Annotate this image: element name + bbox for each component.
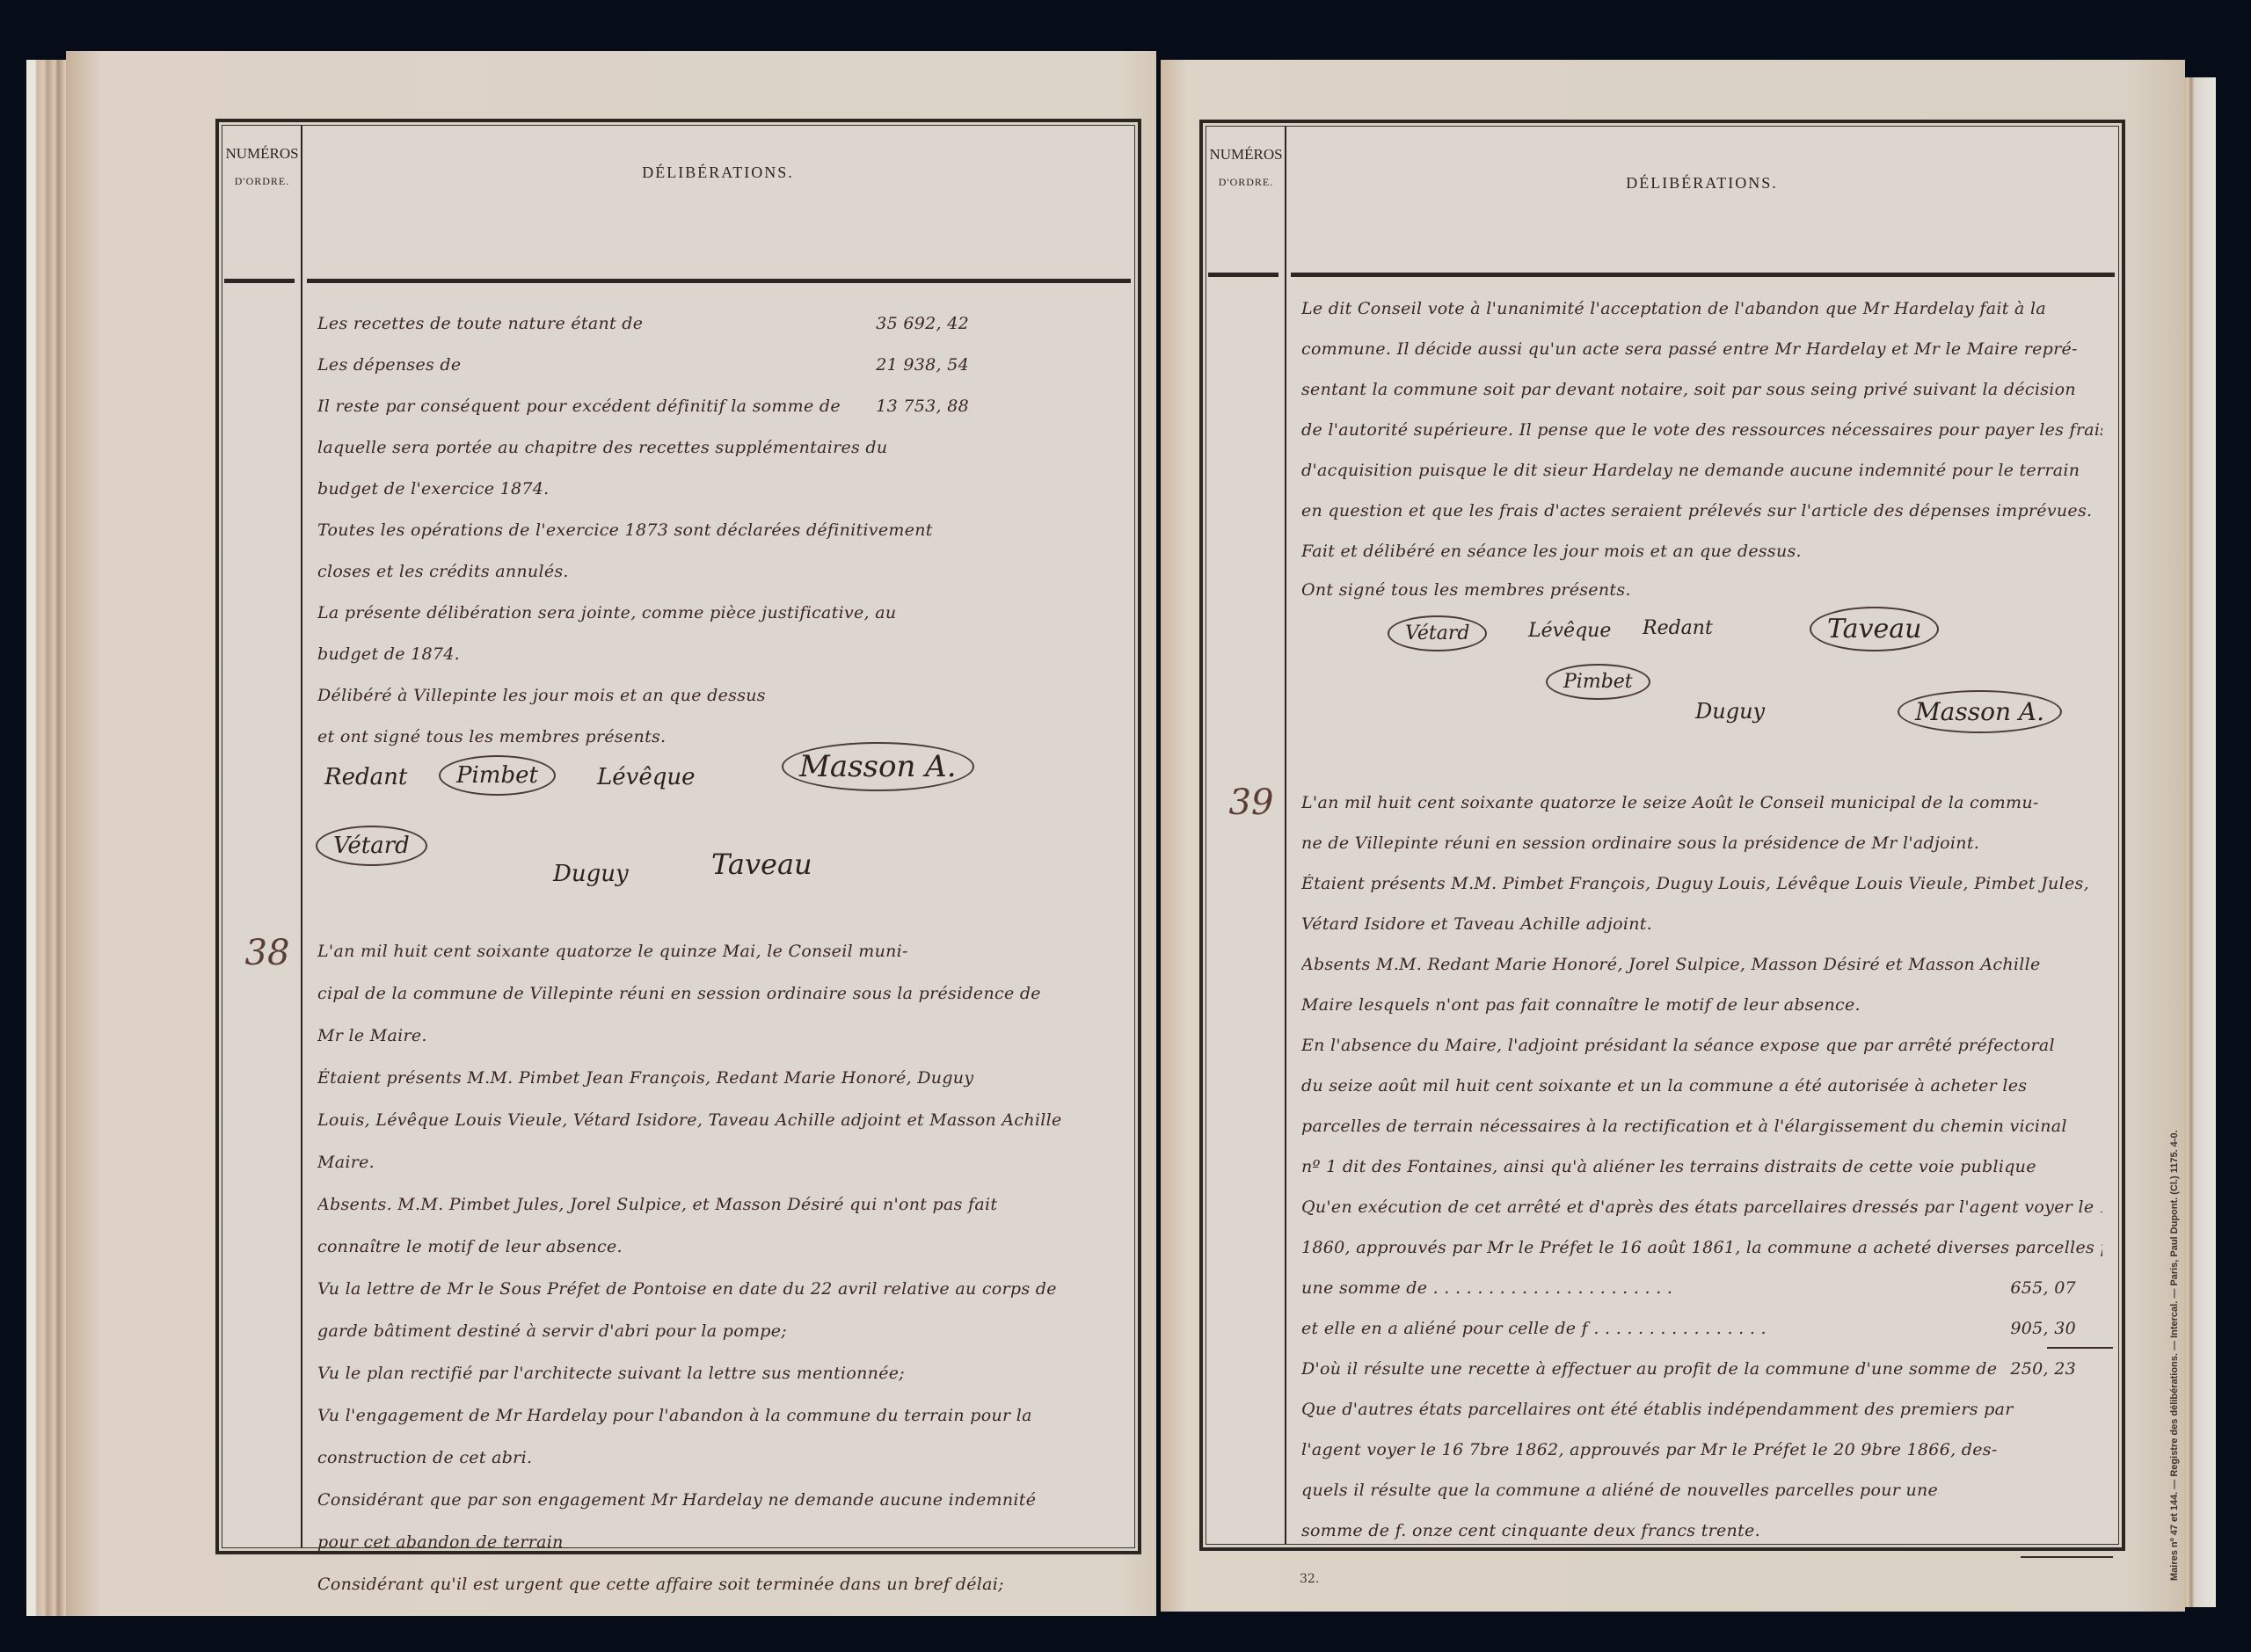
text-line: Maire lesquels n'ont pas fait connaître … [1301, 995, 2102, 1015]
signature: Duguy [1695, 699, 1765, 724]
signature: Lévêque [597, 764, 696, 790]
text-line: Fait et délibéré en séance les jour mois… [1301, 542, 2102, 561]
text-line: budget de l'exercice 1874. [317, 479, 1118, 499]
signature: Taveau [1810, 607, 1939, 651]
sum-amount: 250, 23 [2010, 1359, 2076, 1379]
signature: Masson A. [782, 742, 974, 791]
signature: Pimbet [439, 755, 556, 796]
account-line: Les recettes de toute nature étant de35 … [317, 314, 1118, 333]
text-line: budget de 1874. [317, 644, 1118, 664]
column-separator [301, 126, 302, 1547]
folio-number: 32. [1300, 1572, 1319, 1586]
register-frame-left: NUMÉROS D'ORDRE. DÉLIBÉRATIONS. Les rece… [215, 119, 1141, 1554]
text-line: Ont signé tous les membres présents. [1301, 580, 2102, 600]
text-line: sentant la commune soit par devant notai… [1301, 380, 2102, 399]
register-frame-right: NUMÉROS D'ORDRE. DÉLIBÉRATIONS. Le dit C… [1199, 120, 2125, 1551]
text-line: quels il résulte que la commune a aliéné… [1301, 1481, 2102, 1500]
text-line: Que d'autres états parcellaires ont été … [1301, 1400, 2102, 1419]
text-line: garde bâtiment destiné à servir d'abri p… [317, 1321, 1118, 1341]
text-line: Étaient présents M.M. Pimbet François, D… [1301, 874, 2102, 893]
text-line: Absents. M.M. Pimbet Jules, Jorel Sulpic… [317, 1195, 1118, 1214]
text-line: Considérant qu'il est urgent que cette a… [317, 1575, 1118, 1594]
printer-imprint: Maires nº 47 et 144. — Registre des déli… [2153, 948, 2173, 1581]
sum-amount: 905, 30 [2010, 1319, 2076, 1338]
text-line: Vu la lettre de Mr le Sous Préfet de Pon… [317, 1279, 1118, 1299]
sum-amount: 655, 07 [2010, 1278, 2076, 1298]
text-line: pour cet abandon de terrain [317, 1532, 1118, 1552]
text-line: Le dit Conseil vote à l'unanimité l'acce… [1301, 299, 2102, 318]
header-rule [1291, 273, 2115, 277]
text-line: La présente délibération sera jointe, co… [317, 603, 1118, 622]
header-rule [307, 279, 1131, 283]
text-line: Vu le plan rectifié par l'architecte sui… [317, 1364, 1118, 1383]
right-page-body: Le dit Conseil vote à l'unanimité l'acce… [1291, 290, 2113, 1547]
text-line: construction de cet abri. [317, 1448, 1118, 1467]
text-line: et ont signé tous les membres présents. [317, 727, 1118, 746]
text-line: laquelle sera portée au chapitre des rec… [317, 438, 1118, 457]
account-amount: 21 938, 54 [876, 355, 969, 375]
signature: Lévêque [1528, 620, 1611, 642]
text-line: En l'absence du Maire, l'adjoint présida… [1301, 1036, 2102, 1055]
signature: Masson A. [1898, 690, 2062, 733]
text-line: somme de f. onze cent cinquante deux fra… [1301, 1521, 2102, 1540]
text-line: parcelles de terrain nécessaires à la re… [1301, 1117, 2102, 1136]
text-line: Mr le Maire. [317, 1026, 1118, 1045]
open-register-book: NUMÉROS D'ORDRE. DÉLIBÉRATIONS. Les rece… [26, 51, 2216, 1625]
text-line: Louis, Lévêque Louis Vieule, Vétard Isid… [317, 1110, 1118, 1130]
numeros-dordre-header: NUMÉROS D'ORDRE. [224, 145, 300, 188]
column-separator [1285, 127, 1286, 1544]
text-line: Maire. [317, 1153, 1118, 1172]
text-line: Vétard Isidore et Taveau Achille adjoint… [1301, 914, 2102, 934]
text-line: Étaient présents M.M. Pimbet Jean Franço… [317, 1068, 1118, 1088]
numeros-label: NUMÉROS [224, 145, 300, 163]
text-line: Absents M.M. Redant Marie Honoré, Jorel … [1301, 955, 2102, 974]
text-line: closes et les crédits annulés. [317, 562, 1118, 581]
text-line: 1860, approuvés par Mr le Préfet le 16 a… [1301, 1238, 2102, 1257]
sum-line: D'où il résulte une recette à effectuer … [1301, 1359, 2102, 1379]
dordre-label: D'ORDRE. [224, 175, 300, 188]
text-line: du seize août mil huit cent soixante et … [1301, 1076, 2102, 1095]
text-line: L'an mil huit cent soixante quatorze le … [317, 942, 1118, 961]
entry-number: 39 [1220, 782, 1282, 823]
sum-line: et elle en a aliéné pour celle de f . . … [1301, 1319, 2102, 1338]
dordre-label: D'ORDRE. [1208, 176, 1284, 189]
text-line: cipal de la commune de Villepinte réuni … [317, 984, 1118, 1003]
text-line: Qu'en exécution de cet arrêté et d'après… [1301, 1197, 2102, 1217]
signature: Redant [324, 764, 407, 790]
signature: Redant [1643, 617, 1713, 639]
text-line: connaître le motif de leur absence. [317, 1237, 1118, 1256]
deliberations-header: DÉLIBÉRATIONS. [1291, 174, 2113, 193]
signature: Vétard [316, 826, 427, 866]
signature: Vétard [1388, 615, 1487, 651]
text-line: Toutes les opérations de l'exercice 1873… [317, 520, 1118, 540]
header-rule [1208, 273, 1278, 277]
signature: Taveau [711, 848, 812, 881]
text-line: ne de Villepinte réuni en session ordina… [1301, 833, 2102, 853]
text-line: Vu l'engagement de Mr Hardelay pour l'ab… [317, 1406, 1118, 1425]
account-amount: 13 753, 88 [876, 397, 969, 416]
sum-rule [2021, 1556, 2113, 1558]
text-line: commune. Il décide aussi qu'un acte sera… [1301, 339, 2102, 359]
sum-line: une somme de . . . . . . . . . . . . . .… [1301, 1278, 2102, 1298]
signature: Duguy [553, 861, 629, 887]
signature: Pimbet [1546, 664, 1650, 700]
right-page: NUMÉROS D'ORDRE. DÉLIBÉRATIONS. Le dit C… [1161, 60, 2185, 1612]
account-line: Les dépenses de21 938, 54 [317, 355, 1118, 375]
text-line: de l'autorité supérieure. Il pense que l… [1301, 420, 2102, 440]
account-amount: 35 692, 42 [876, 314, 969, 333]
text-line: l'agent voyer le 16 7bre 1862, approuvés… [1301, 1440, 2102, 1459]
sum-rule [2047, 1347, 2113, 1349]
text-line: en question et que les frais d'actes ser… [1301, 501, 2102, 520]
text-line: nº 1 dit des Fontaines, ainsi qu'à alién… [1301, 1157, 2102, 1176]
deliberations-header: DÉLIBÉRATIONS. [307, 164, 1129, 182]
text-line: Considérant que par son engagement Mr Ha… [317, 1490, 1118, 1510]
text-line: L'an mil huit cent soixante quatorze le … [1301, 793, 2102, 812]
text-line: d'acquisition puisque le dit sieur Harde… [1301, 461, 2102, 480]
header-rule [224, 279, 295, 283]
numeros-label: NUMÉROS [1208, 146, 1284, 164]
entry-number: 38 [237, 933, 298, 973]
left-page-body: Les recettes de toute nature étant de35 … [307, 298, 1129, 1551]
left-page: NUMÉROS D'ORDRE. DÉLIBÉRATIONS. Les rece… [66, 51, 1156, 1616]
numeros-dordre-header: NUMÉROS D'ORDRE. [1208, 146, 1284, 189]
text-line: Délibéré à Villepinte les jour mois et a… [317, 686, 1118, 705]
account-line: Il reste par conséquent pour excédent dé… [317, 397, 1118, 416]
